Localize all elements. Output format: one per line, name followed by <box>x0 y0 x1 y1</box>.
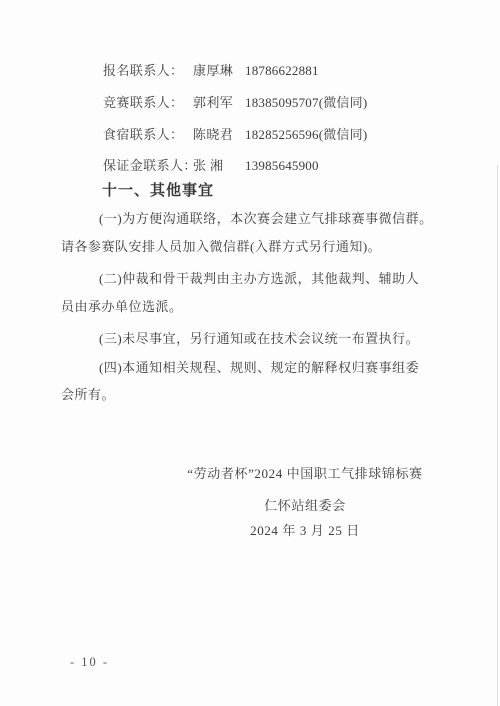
paragraph-3-line-1: (三)未尽事宜，另行通知或在技术会议统一布置执行。 <box>99 332 419 346</box>
contact-label: 保证金联系人： <box>103 159 197 172</box>
contact-label: 竞赛联系人： <box>103 96 183 109</box>
paragraph-1-line-2: 请各参赛队安排人员加入微信群(入群方式另行通知)。 <box>61 240 381 254</box>
signature-date: 2024 年 3 月 25 日 <box>110 524 500 538</box>
paragraph-1-line-1: (一)为方便沟通联络，本次赛会建立气排球赛事微信群。 <box>99 212 433 226</box>
paragraph-2-line-2: 员由承办单位选派。 <box>61 300 183 314</box>
contact-name: 郭利军 <box>193 96 233 109</box>
signature-organization-line1: “劳动者杯”2024 中国职工气排球锦标赛 <box>110 467 500 481</box>
contact-name: 康厚琳 <box>193 64 233 77</box>
contact-label: 报名联系人： <box>103 64 183 77</box>
contact-phone: 18285256596(微信同) <box>245 128 367 141</box>
contact-label: 食宿联系人： <box>103 128 183 141</box>
section-heading: 十一、其他事宜 <box>102 183 214 198</box>
paragraph-4-line-1: (四)本通知相关规程、规则、规定的解释权归赛事组委 <box>99 361 419 375</box>
paragraph-4-line-2: 会所有。 <box>61 388 115 402</box>
contact-phone: 18385095707(微信同) <box>245 96 367 109</box>
paragraph-2-line-1: (二)仲裁和骨干裁判由主办方选派，其他裁判、辅助人 <box>99 272 419 286</box>
document-page: 报名联系人： 康厚琳 18786622881 竞赛联系人： 郭利军 183850… <box>0 0 500 706</box>
contact-phone: 13985645900 <box>245 159 319 172</box>
signature-organization-line2: 仁怀站组委会 <box>110 499 500 513</box>
page-edge-line <box>497 165 498 706</box>
contact-phone: 18786622881 <box>245 64 319 77</box>
page-number: - 10 - <box>70 655 109 670</box>
contact-name: 陈晓君 <box>193 128 233 141</box>
contact-name: 张 湘 <box>193 159 223 172</box>
